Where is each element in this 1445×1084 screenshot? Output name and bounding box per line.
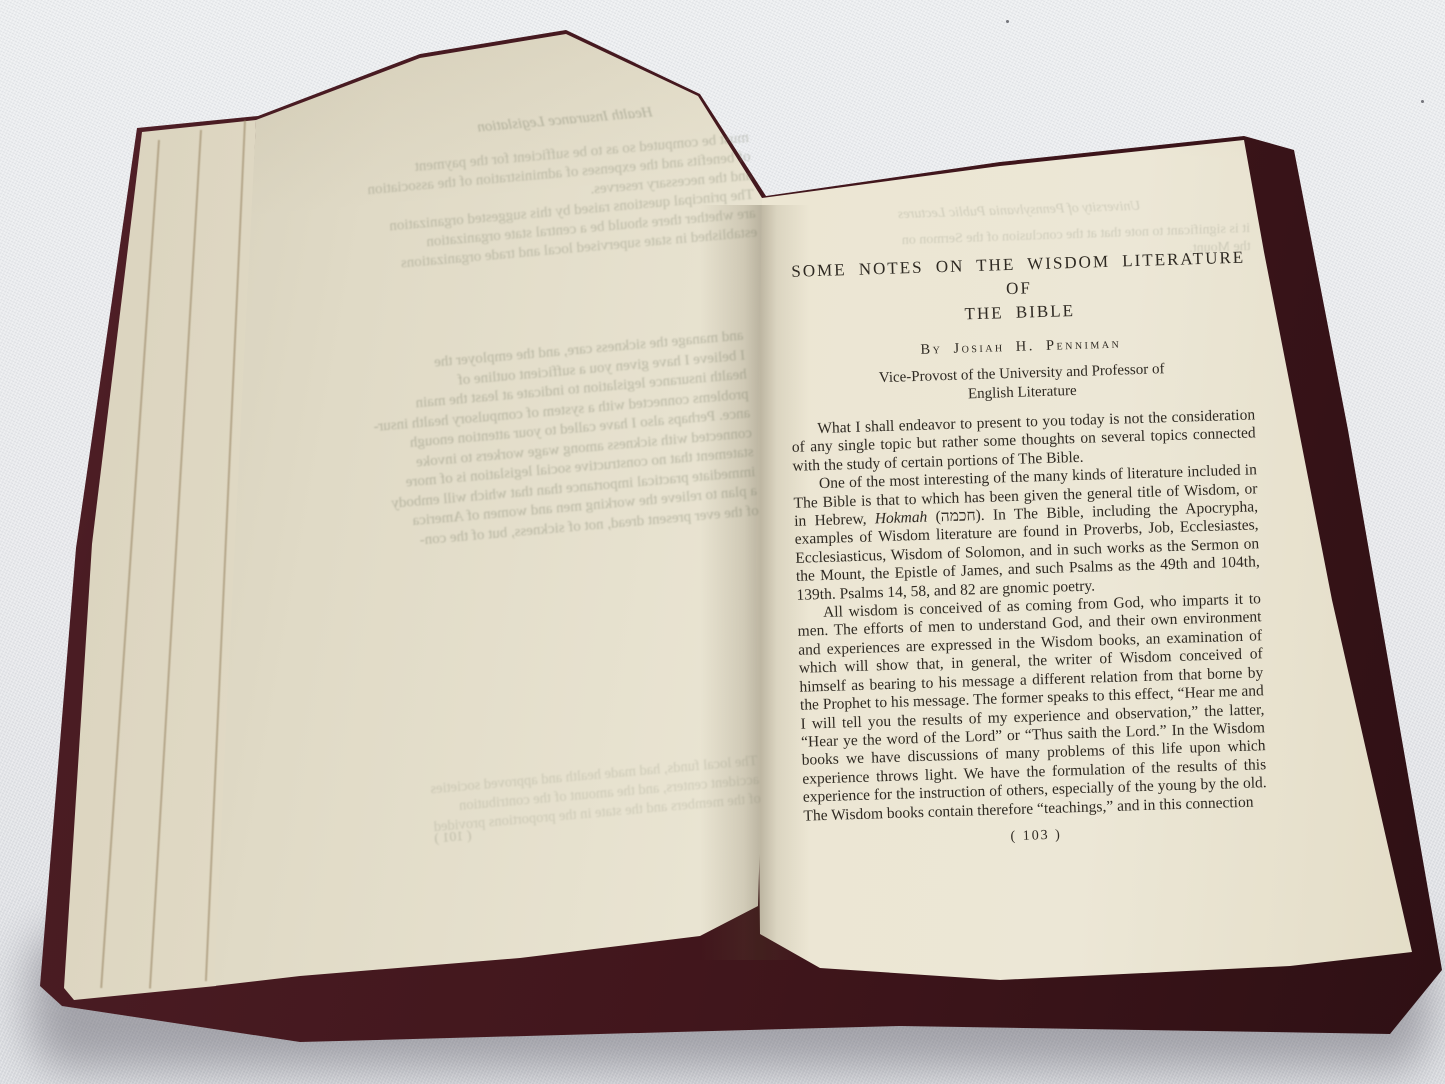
body-text: What I shall endeavor to present to you …: [791, 406, 1267, 825]
book-photo-scene: Health Insurance Legislation must be com…: [0, 0, 1445, 1084]
paragraph: One of the most interesting of the many …: [793, 462, 1261, 605]
dust-speck: [1421, 100, 1424, 103]
paragraph: All wisdom is conceived of as coming fro…: [797, 590, 1268, 825]
author-affiliation: Vice-Provost of the University and Profe…: [790, 357, 1255, 410]
italic-term: Hokmah: [875, 509, 928, 528]
dust-speck: [1006, 20, 1009, 23]
byline: By Josiah H. Penniman: [789, 331, 1253, 363]
chapter-title: SOME NOTES ON THE WISDOM LITERATURE OF T…: [786, 245, 1252, 332]
right-page-text-block: SOME NOTES ON THE WISDOM LITERATURE OF T…: [786, 245, 1268, 851]
